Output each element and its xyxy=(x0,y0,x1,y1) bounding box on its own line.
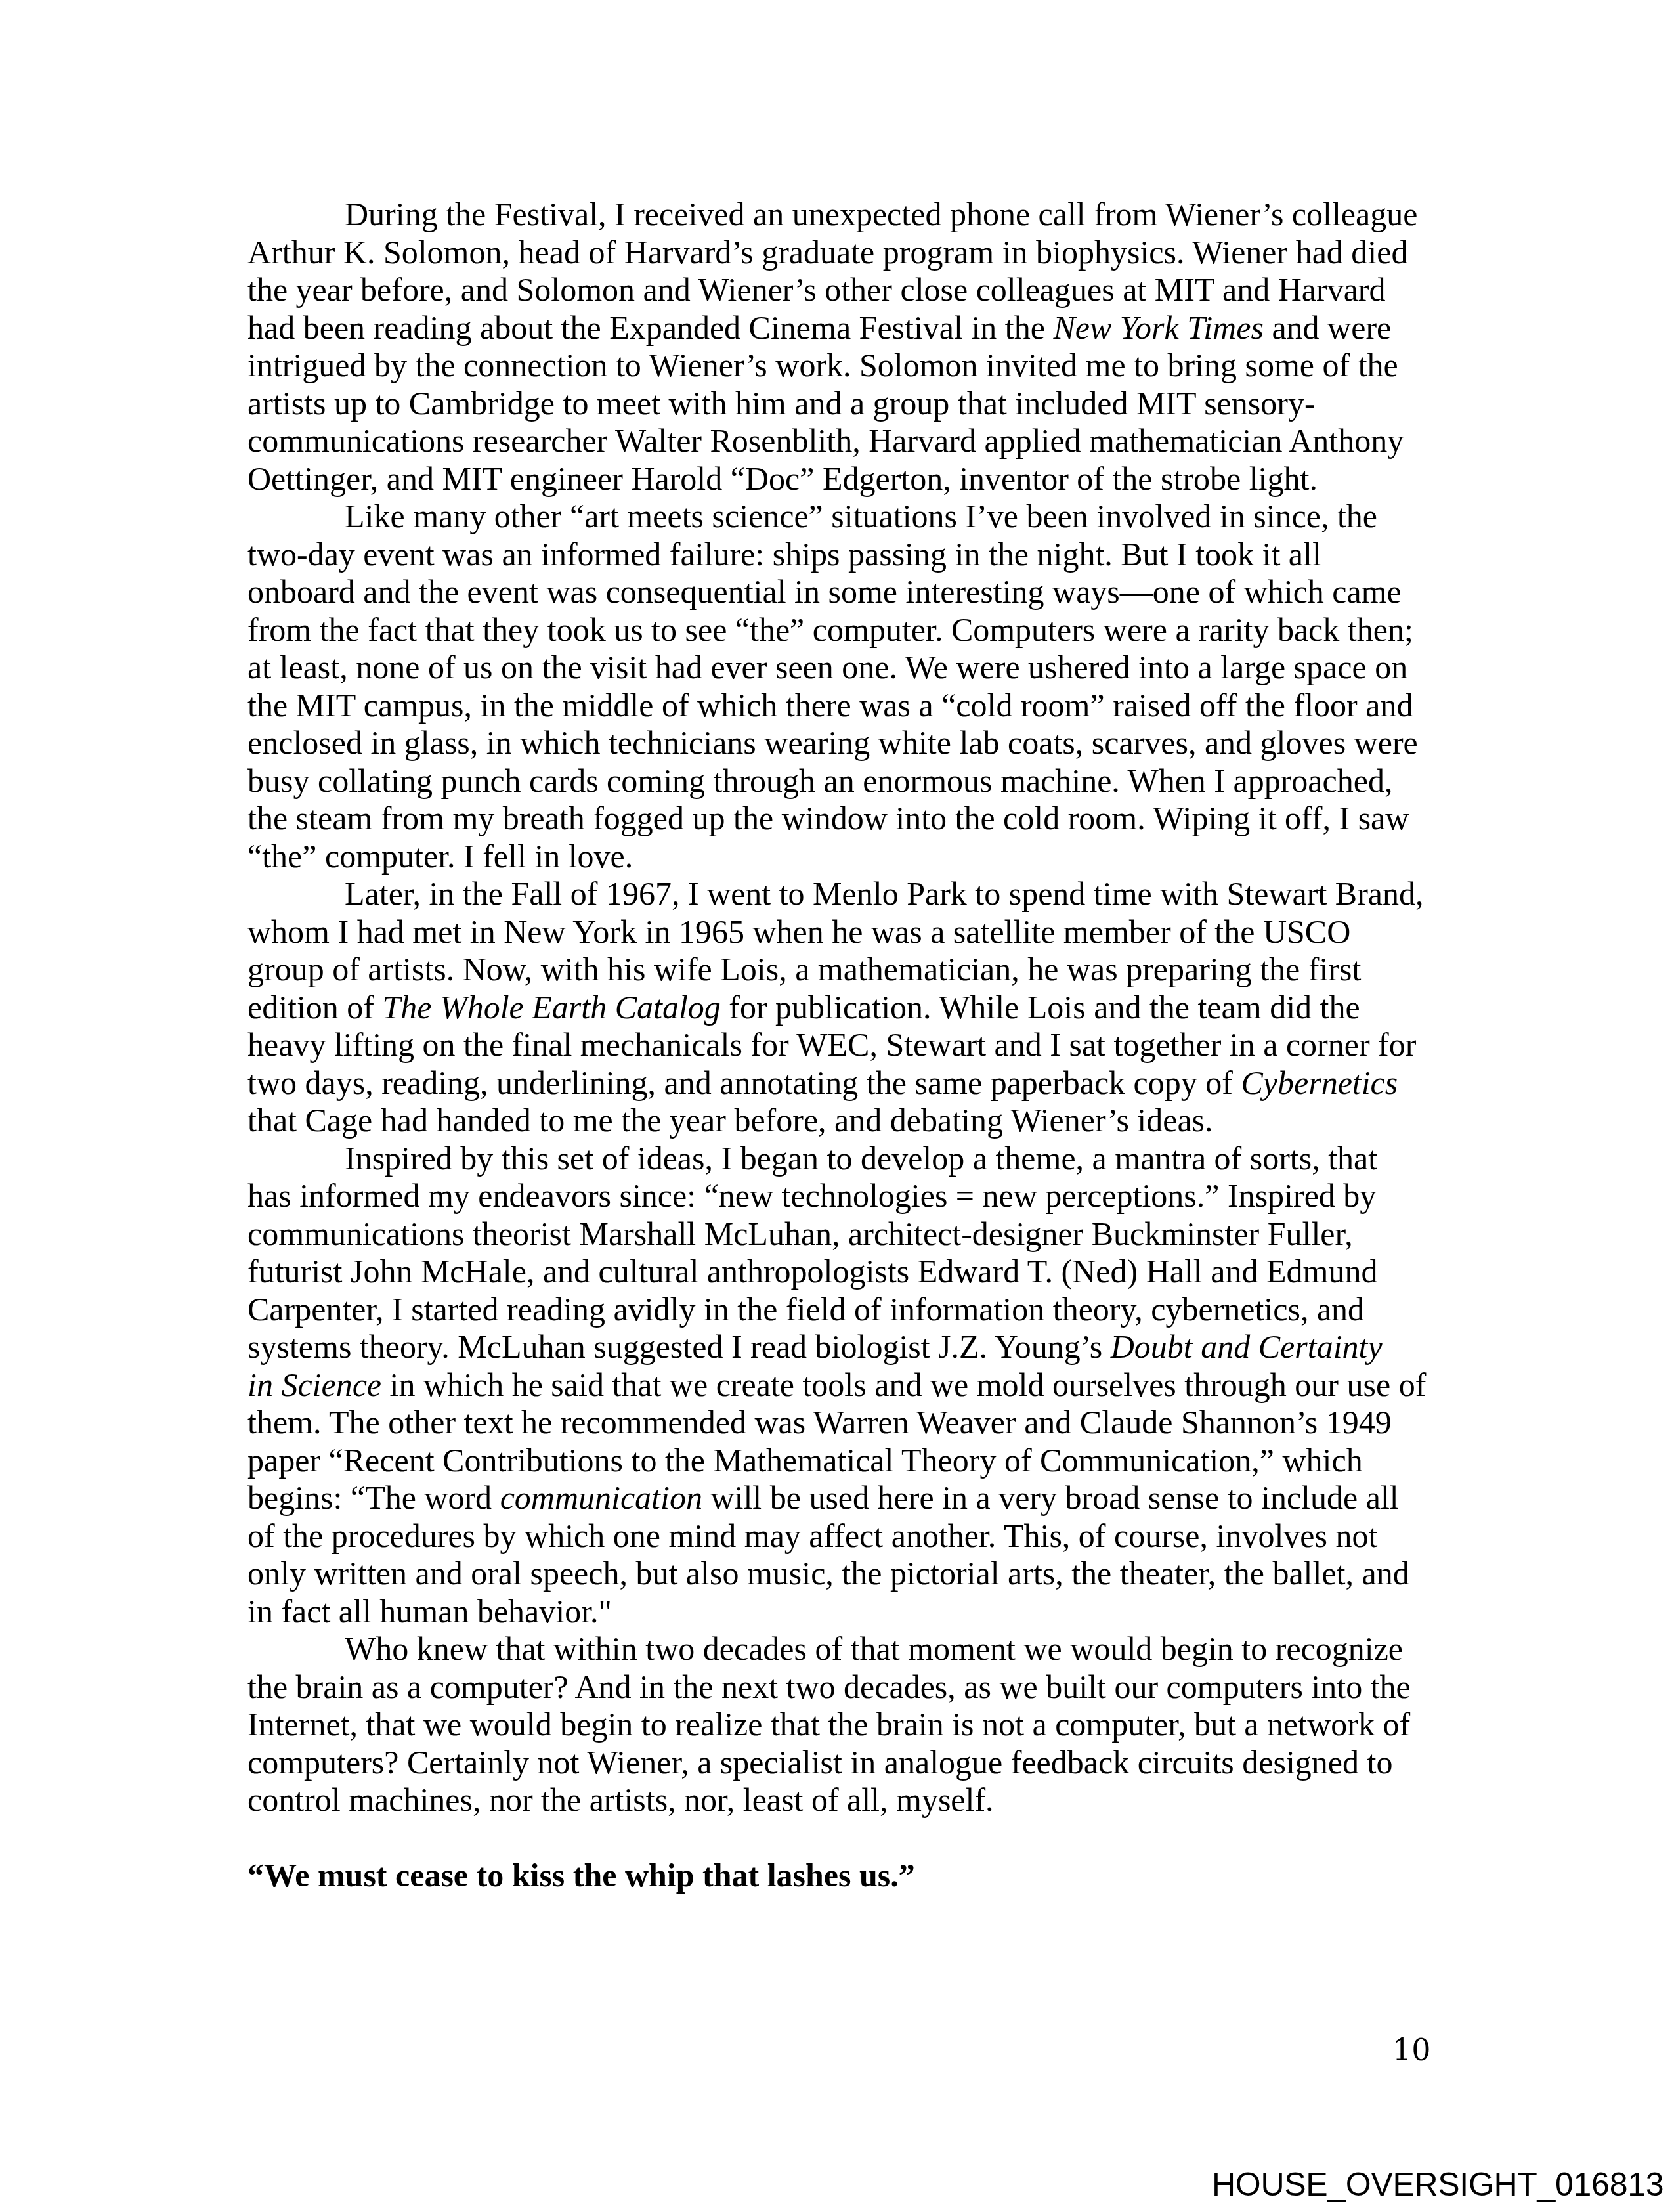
text-run: Like many other “art meets science” situ… xyxy=(345,498,1377,534)
text-line: intrigued by the connection to Wiener’s … xyxy=(247,347,1429,385)
paragraph-container: During the Festival, I received an unexp… xyxy=(247,196,1429,1819)
text-line: them. The other text he recommended was … xyxy=(247,1404,1429,1442)
paragraph: Inspired by this set of ideas, I began t… xyxy=(247,1140,1429,1631)
text-line: has informed my endeavors since: “new te… xyxy=(247,1177,1429,1215)
text-run: Inspired by this set of ideas, I began t… xyxy=(345,1140,1377,1177)
text-line: Who knew that within two decades of that… xyxy=(247,1630,1429,1668)
text-line: from the fact that they took us to see “… xyxy=(247,611,1429,649)
text-run: Carpenter, I started reading avidly in t… xyxy=(247,1291,1364,1328)
text-line: that Cage had handed to me the year befo… xyxy=(247,1102,1429,1140)
text-line: Oettinger, and MIT engineer Harold “Doc”… xyxy=(247,460,1429,498)
text-line: only written and oral speech, but also m… xyxy=(247,1555,1429,1593)
italic-title-run: communication xyxy=(500,1479,702,1516)
text-line: During the Festival, I received an unexp… xyxy=(247,196,1429,234)
text-run: two days, reading, underlining, and anno… xyxy=(247,1064,1241,1101)
text-line: group of artists. Now, with his wife Loi… xyxy=(247,951,1429,989)
text-run: edition of xyxy=(247,989,383,1026)
text-run: for publication. While Lois and the team… xyxy=(721,989,1360,1026)
text-run: Later, in the Fall of 1967, I went to Me… xyxy=(345,875,1424,912)
text-line: Later, in the Fall of 1967, I went to Me… xyxy=(247,875,1429,913)
text-line: onboard and the event was consequential … xyxy=(247,573,1429,611)
text-line: paper “Recent Contributions to the Mathe… xyxy=(247,1442,1429,1480)
text-line: communications researcher Walter Rosenbl… xyxy=(247,422,1429,460)
text-line: had been reading about the Expanded Cine… xyxy=(247,309,1429,347)
paragraph: Who knew that within two decades of that… xyxy=(247,1630,1429,1819)
text-line: the year before, and Solomon and Wiener’… xyxy=(247,271,1429,309)
text-line: systems theory. McLuhan suggested I read… xyxy=(247,1328,1429,1366)
text-line: “the” computer. I fell in love. xyxy=(247,838,1429,876)
paragraph: Like many other “art meets science” situ… xyxy=(247,498,1429,875)
text-run: During the Festival, I received an unexp… xyxy=(345,196,1417,232)
text-run: systems theory. McLuhan suggested I read… xyxy=(247,1328,1111,1365)
text-run: control machines, nor the artists, nor, … xyxy=(247,1781,994,1818)
text-line: futurist John McHale, and cultural anthr… xyxy=(247,1253,1429,1291)
text-line: Arthur K. Solomon, head of Harvard’s gra… xyxy=(247,234,1429,272)
text-run: group of artists. Now, with his wife Loi… xyxy=(247,951,1361,987)
text-run: futurist John McHale, and cultural anthr… xyxy=(247,1253,1377,1290)
text-run: the brain as a computer? And in the next… xyxy=(247,1668,1411,1705)
text-run: the year before, and Solomon and Wiener’… xyxy=(247,271,1386,308)
text-line: of the procedures by which one mind may … xyxy=(247,1517,1429,1555)
text-run: whom I had met in New York in 1965 when … xyxy=(247,913,1350,950)
text-line: Like many other “art meets science” situ… xyxy=(247,498,1429,536)
section-heading-quote: “We must cease to kiss the whip that las… xyxy=(247,1857,1429,1895)
text-line: control machines, nor the artists, nor, … xyxy=(247,1781,1429,1819)
text-run: will be used here in a very broad sense … xyxy=(702,1479,1399,1516)
text-run: them. The other text he recommended was … xyxy=(247,1404,1392,1441)
text-run: heavy lifting on the final mechanicals f… xyxy=(247,1026,1416,1063)
text-line: Carpenter, I started reading avidly in t… xyxy=(247,1291,1429,1329)
text-line: heavy lifting on the final mechanicals f… xyxy=(247,1026,1429,1064)
text-run: in which he said that we create tools an… xyxy=(381,1366,1426,1403)
text-run: paper “Recent Contributions to the Mathe… xyxy=(247,1442,1363,1479)
blank-line xyxy=(247,1819,1429,1857)
text-line: Internet, that we would begin to realize… xyxy=(247,1706,1429,1744)
text-run: only written and oral speech, but also m… xyxy=(247,1555,1409,1592)
text-line: communications theorist Marshall McLuhan… xyxy=(247,1215,1429,1253)
text-run: enclosed in glass, in which technicians … xyxy=(247,724,1418,761)
text-run: at least, none of us on the visit had ev… xyxy=(247,649,1407,685)
text-run: two-day event was an informed failure: s… xyxy=(247,536,1321,573)
text-line: artists up to Cambridge to meet with him… xyxy=(247,385,1429,423)
italic-title-run: The Whole Earth Catalog xyxy=(383,989,721,1026)
text-run: Who knew that within two decades of that… xyxy=(345,1630,1403,1667)
text-run: the MIT campus, in the middle of which t… xyxy=(247,687,1413,724)
text-run: “the” computer. I fell in love. xyxy=(247,838,633,875)
text-line: edition of The Whole Earth Catalog for p… xyxy=(247,989,1429,1027)
text-line: in Science in which he said that we crea… xyxy=(247,1366,1429,1404)
text-line: enclosed in glass, in which technicians … xyxy=(247,724,1429,762)
text-line: the steam from my breath fogged up the w… xyxy=(247,800,1429,838)
text-line: whom I had met in New York in 1965 when … xyxy=(247,913,1429,951)
page-number: 10 xyxy=(1392,2031,1431,2068)
text-line: Inspired by this set of ideas, I began t… xyxy=(247,1140,1429,1178)
italic-title-run: Doubt and Certainty xyxy=(1111,1328,1383,1365)
text-line: the brain as a computer? And in the next… xyxy=(247,1668,1429,1706)
text-run: communications researcher Walter Rosenbl… xyxy=(247,422,1404,459)
text-line: two-day event was an informed failure: s… xyxy=(247,536,1429,574)
text-run: in fact all human behavior." xyxy=(247,1593,612,1630)
text-run: had been reading about the Expanded Cine… xyxy=(247,309,1053,346)
document-page: During the Festival, I received an unexp… xyxy=(0,0,1674,2212)
text-run: that Cage had handed to me the year befo… xyxy=(247,1102,1213,1139)
body-text: During the Festival, I received an unexp… xyxy=(247,196,1429,1895)
text-run: communications theorist Marshall McLuhan… xyxy=(247,1215,1353,1252)
text-line: computers? Certainly not Wiener, a speci… xyxy=(247,1744,1429,1782)
text-run: has informed my endeavors since: “new te… xyxy=(247,1177,1376,1214)
text-run: busy collating punch cards coming throug… xyxy=(247,762,1392,799)
text-line: at least, none of us on the visit had ev… xyxy=(247,649,1429,687)
text-run: from the fact that they took us to see “… xyxy=(247,611,1413,648)
text-run: Oettinger, and MIT engineer Harold “Doc”… xyxy=(247,460,1318,497)
text-run: Internet, that we would begin to realize… xyxy=(247,1706,1410,1743)
italic-title-run: New York Times xyxy=(1053,309,1263,346)
text-line: in fact all human behavior." xyxy=(247,1593,1429,1631)
text-run: the steam from my breath fogged up the w… xyxy=(247,800,1409,836)
bates-stamp: HOUSE_OVERSIGHT_016813 xyxy=(1212,2165,1663,2203)
text-run: computers? Certainly not Wiener, a speci… xyxy=(247,1744,1392,1781)
text-line: two days, reading, underlining, and anno… xyxy=(247,1064,1429,1102)
italic-title-run: in Science xyxy=(247,1366,381,1403)
paragraph: During the Festival, I received an unexp… xyxy=(247,196,1429,498)
text-line: the MIT campus, in the middle of which t… xyxy=(247,687,1429,725)
text-run: of the procedures by which one mind may … xyxy=(247,1517,1377,1554)
text-line: busy collating punch cards coming throug… xyxy=(247,762,1429,800)
paragraph: Later, in the Fall of 1967, I went to Me… xyxy=(247,875,1429,1140)
text-run: begins: “The word xyxy=(247,1479,500,1516)
italic-title-run: Cybernetics xyxy=(1241,1064,1398,1101)
text-run: onboard and the event was consequential … xyxy=(247,573,1402,610)
text-run: Arthur K. Solomon, head of Harvard’s gra… xyxy=(247,234,1407,271)
text-run: intrigued by the connection to Wiener’s … xyxy=(247,347,1398,383)
text-run: and were xyxy=(1264,309,1391,346)
text-line: begins: “The word communication will be … xyxy=(247,1479,1429,1517)
text-run: artists up to Cambridge to meet with him… xyxy=(247,385,1316,422)
